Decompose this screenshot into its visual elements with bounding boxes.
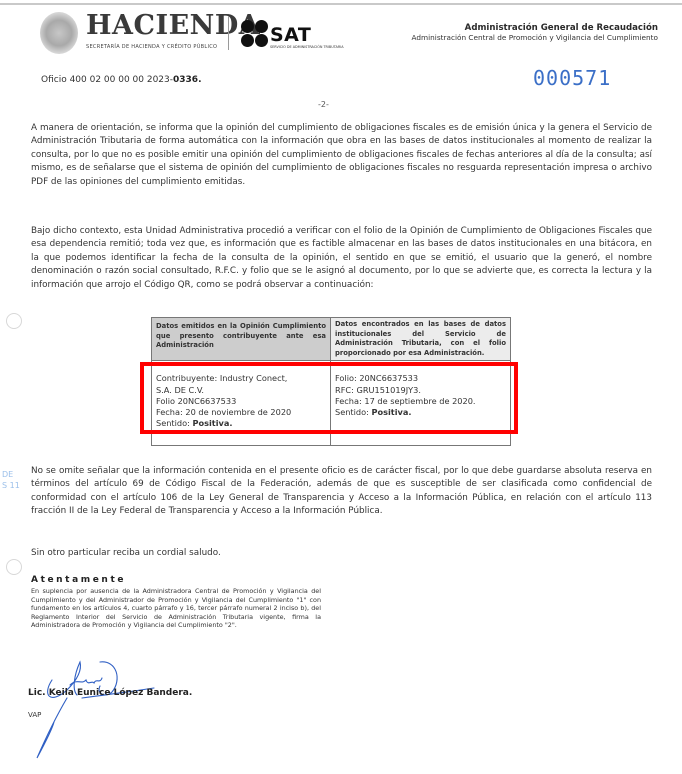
oficio-prefix: Oficio 400 02 00 00 00 2023- bbox=[41, 75, 173, 85]
paragraph-context: Bajo dicho contexto, esta Unidad Adminis… bbox=[31, 225, 652, 292]
table-header-found: Datos encontrados en las bases de datos … bbox=[331, 318, 511, 361]
handwritten-signature-icon bbox=[22, 650, 162, 760]
sat-logo-subtitle: SERVICIO DE ADMINISTRACIÓN TRIBUTARIA bbox=[270, 45, 344, 49]
sat-logo-title: SAT bbox=[270, 24, 311, 46]
agency-title: Administración General de Recaudación bbox=[465, 23, 658, 33]
table-header-row: Datos emitidos en la Opinión Cumplimient… bbox=[152, 318, 511, 361]
national-emblem-icon bbox=[40, 12, 78, 54]
logo-divider bbox=[228, 16, 229, 50]
punch-hole-mark bbox=[6, 559, 22, 575]
punch-hole-mark bbox=[6, 313, 22, 329]
letterhead: HACIENDA SECRETARÍA DE HACIENDA Y CRÉDIT… bbox=[0, 0, 682, 70]
scan-edge-mark: DE S 11 bbox=[2, 469, 20, 491]
paragraph-salutation: Sin otro particular reciba un cordial sa… bbox=[31, 547, 652, 560]
table-header-emitted: Datos emitidos en la Opinión Cumplimient… bbox=[152, 318, 331, 361]
closing-title: Atentamente bbox=[31, 575, 126, 585]
oficio-number: 0336. bbox=[173, 75, 201, 85]
paragraph-confidentiality: No se omite señalar que la información c… bbox=[31, 465, 652, 519]
closing-body: En suplencia por ausencia de la Administ… bbox=[31, 587, 321, 630]
paragraph-orientation: A manera de orientación, se informa que … bbox=[31, 122, 652, 189]
typist-initials: VAP bbox=[28, 711, 41, 719]
hacienda-logo-subtitle: SECRETARÍA DE HACIENDA Y CRÉDITO PÚBLICO bbox=[86, 44, 217, 50]
page-number: -2- bbox=[318, 100, 329, 109]
red-highlight-box bbox=[140, 362, 518, 434]
received-stamp-number: 000571 bbox=[533, 66, 611, 90]
hacienda-logo-title: HACIENDA bbox=[86, 10, 260, 41]
agency-subtitle: Administración Central de Promoción y Vi… bbox=[412, 33, 658, 42]
signer-name: Lic. Keila Eunice López Bandera. bbox=[28, 688, 192, 698]
oficio-reference: Oficio 400 02 00 00 00 2023-0336. bbox=[41, 75, 201, 85]
sat-logo-icon bbox=[241, 20, 269, 48]
